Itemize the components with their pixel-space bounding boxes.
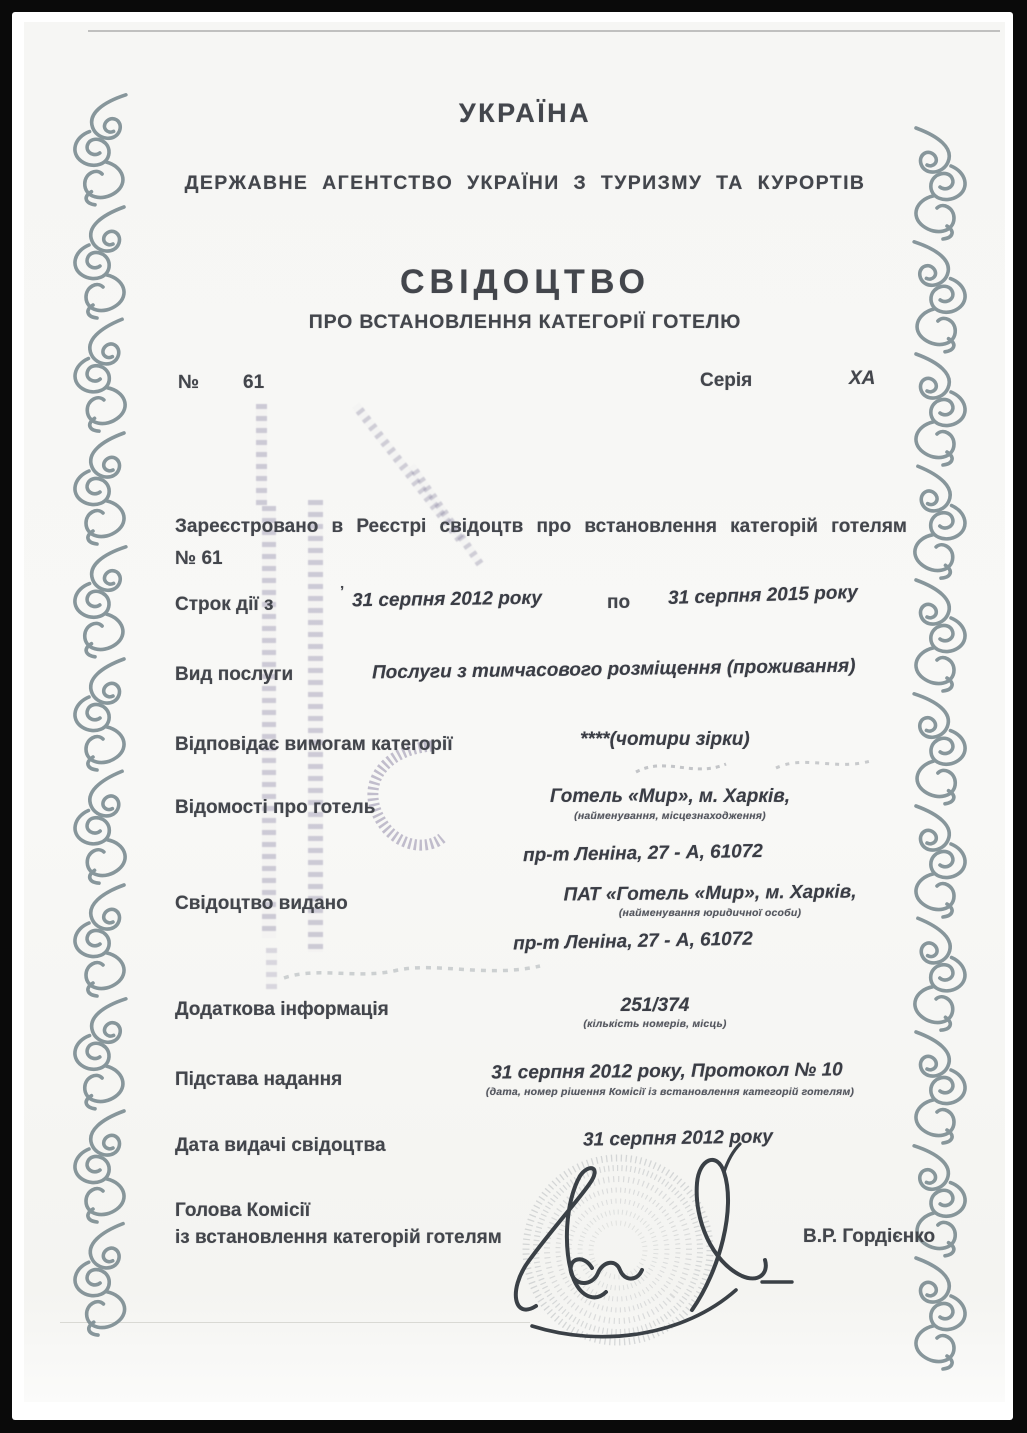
hotel-name: Готель «Мир», м. Харків,	[510, 786, 830, 808]
registered-number: № 61	[175, 548, 223, 570]
basis-value: 31 серпня 2012 року, Протокол № 10	[432, 1059, 902, 1085]
registered-line: Зареєстровано в Реєстрі свідоцтв про вст…	[175, 516, 907, 538]
signer-title-line1: Голова Комісії	[175, 1200, 310, 1222]
validity-label: Строк дії з	[175, 594, 273, 616]
additional-info-label: Додаткова інформація	[175, 999, 389, 1021]
category-label: Відповідає вимогам категорії	[175, 734, 453, 756]
document-title: СВІДОЦТВО	[140, 263, 910, 302]
basis-note: (дата, номер рішення Комісії із встановл…	[420, 1086, 920, 1098]
country-title: УКРАЇНА	[140, 98, 910, 129]
scanned-certificate: УКРАЇНА ДЕРЖАВНЕ АГЕНТСТВО УКРАЇНИ З ТУР…	[0, 0, 1027, 1433]
number-label: №	[178, 372, 199, 394]
ghost-stamp-streak	[266, 948, 277, 990]
issued-to-name: ПАТ «Готель «Мир», м. Харків,	[540, 881, 880, 907]
ghost-stamp-streak	[308, 500, 323, 952]
hotel-info-label: Відомості про готель	[175, 797, 375, 819]
issued-to-note: (найменування юридичної особи)	[540, 907, 880, 919]
validity-from-date: 31 серпня 2012 року	[352, 588, 542, 613]
agency-name: ДЕРЖАВНЕ АГЕНТСТВО УКРАЇНИ З ТУРИЗМУ ТА …	[130, 172, 920, 195]
hotel-name-note: (найменування, місцезнаходження)	[510, 810, 830, 822]
signer-title-line2: із встановлення категорій готелям	[175, 1227, 502, 1249]
signature-icon	[516, 1144, 792, 1337]
faint-scribble-marks	[628, 748, 888, 788]
validity-to-label: по	[607, 592, 630, 614]
document-subtitle: ПРО ВСТАНОВЛЕННЯ КАТЕГОРІЇ ГОТЕЛЮ	[140, 311, 910, 334]
additional-info-value: 251/374	[540, 995, 770, 1017]
ghost-stamp-streak	[256, 404, 267, 506]
service-type-label: Вид послуги	[175, 664, 293, 686]
ornament-border-right	[898, 126, 978, 1376]
series-value: ХА	[849, 368, 875, 390]
additional-info-note: (кількість номерів, місць)	[505, 1018, 805, 1030]
category-value: ****(чотири зірки)	[580, 729, 750, 751]
round-stamp-and-signature	[470, 1138, 850, 1378]
faint-scribble-marks	[278, 952, 548, 988]
ornament-border-left	[62, 92, 142, 1340]
scan-edge-line	[88, 30, 1000, 32]
series-label: Серія	[700, 370, 752, 392]
ghost-stamp-streak	[262, 506, 276, 938]
number-value: 61	[243, 372, 264, 394]
pen-tick-mark: ’	[340, 583, 344, 600]
basis-label: Підстава надання	[175, 1069, 342, 1091]
issued-to-label: Свідоцтво видано	[175, 893, 348, 915]
issue-date-label: Дата видачі свідоцтва	[175, 1135, 386, 1157]
